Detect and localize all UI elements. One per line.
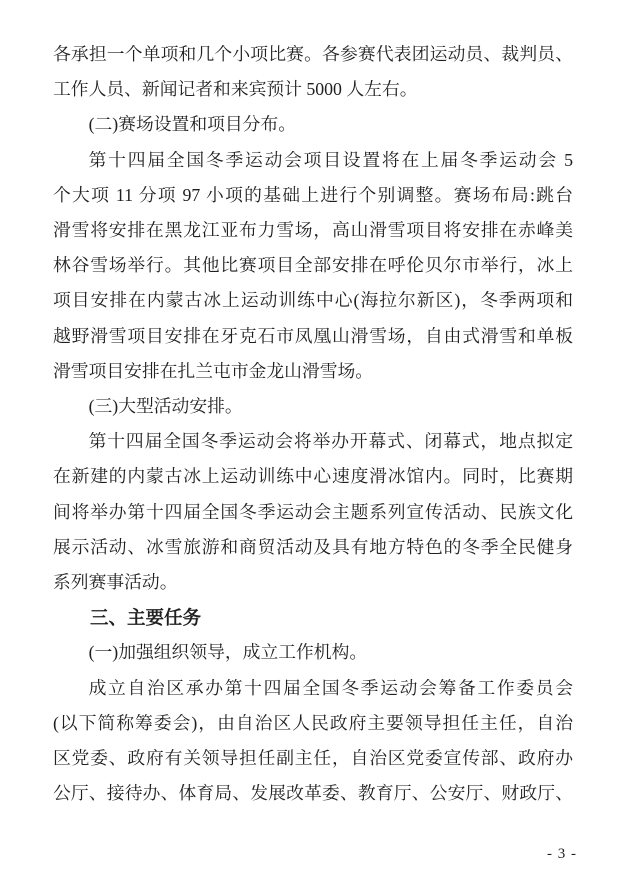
paragraph: 第十四届全国冬季运动会项目设置将在上届冬季运动会 5个大项 11 分项 97 小… [53, 143, 573, 389]
text-line: 间将举办第十四届全国冬季运动会主题系列宣传活动、民族文化 [53, 495, 573, 530]
text-line: (二)赛场设置和项目分布。 [53, 107, 573, 142]
text-line: 展示活动、冰雪旅游和商贸活动及具有地方特色的冬季全民健身 [53, 530, 573, 565]
paragraph: 三、主要任务 [53, 600, 573, 635]
paragraph: 成立自治区承办第十四届全国冬季运动会筹备工作委员会(以下简称筹委会)，由自治区人… [53, 671, 573, 812]
page-number: - 3 - [547, 846, 577, 863]
text-line: 三、主要任务 [53, 600, 573, 635]
text-line: 成立自治区承办第十四届全国冬季运动会筹备工作委员会 [53, 671, 573, 706]
document-body: 各承担一个单项和几个小项比赛。各参赛代表团运动员、裁判员、工作人员、新闻记者和来… [53, 37, 573, 811]
text-line: (三)大型活动安排。 [53, 389, 573, 424]
text-line: 个大项 11 分项 97 小项的基础上进行个别调整。赛场布局:跳台 [53, 178, 573, 213]
text-line: 各承担一个单项和几个小项比赛。各参赛代表团运动员、裁判员、 [53, 37, 573, 72]
text-line: 区党委、政府有关领导担任副主任，自治区党委宣传部、政府办 [53, 741, 573, 776]
text-line: 在新建的内蒙古冰上运动训练中心速度滑冰馆内。同时，比赛期 [53, 459, 573, 494]
text-line: 林谷雪场举行。其他比赛项目全部安排在呼伦贝尔市举行，冰上 [53, 248, 573, 283]
text-line: (以下简称筹委会)，由自治区人民政府主要领导担任主任，自治 [53, 706, 573, 741]
text-line: 公厅、接待办、体育局、发展改革委、教育厅、公安厅、财政厅、 [53, 776, 573, 811]
text-line: 越野滑雪项目安排在牙克石市凤凰山滑雪场，自由式滑雪和单板 [53, 319, 573, 354]
text-line: (一)加强组织领导，成立工作机构。 [53, 635, 573, 670]
text-line: 第十四届全国冬季运动会项目设置将在上届冬季运动会 5 [53, 143, 573, 178]
text-line: 项目安排在内蒙古冰上运动训练中心(海拉尔新区)，冬季两项和 [53, 283, 573, 318]
paragraph: 第十四届全国冬季运动会将举办开幕式、闭幕式，地点拟定在新建的内蒙古冰上运动训练中… [53, 424, 573, 600]
text-line: 滑雪将安排在黑龙江亚布力雪场，高山滑雪项目将安排在赤峰美 [53, 213, 573, 248]
text-line: 第十四届全国冬季运动会将举办开幕式、闭幕式，地点拟定 [53, 424, 573, 459]
paragraph: (一)加强组织领导，成立工作机构。 [53, 635, 573, 670]
text-line: 滑雪项目安排在扎兰屯市金龙山滑雪场。 [53, 354, 573, 389]
text-line: 工作人员、新闻记者和来宾预计 5000 人左右。 [53, 72, 573, 107]
document-page: 各承担一个单项和几个小项比赛。各参赛代表团运动员、裁判员、工作人员、新闻记者和来… [0, 0, 627, 894]
paragraph: (三)大型活动安排。 [53, 389, 573, 424]
paragraph: (二)赛场设置和项目分布。 [53, 107, 573, 142]
paragraph: 各承担一个单项和几个小项比赛。各参赛代表团运动员、裁判员、工作人员、新闻记者和来… [53, 37, 573, 107]
text-line: 系列赛事活动。 [53, 565, 573, 600]
